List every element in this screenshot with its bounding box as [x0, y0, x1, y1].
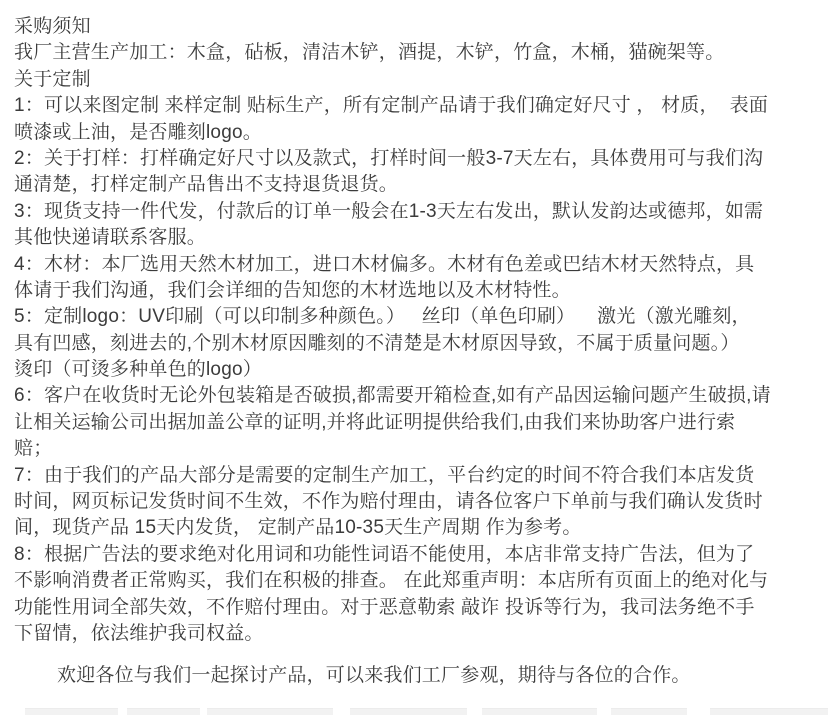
notice-line: 不影响消费者正常购买，我们在积极的排查。 在此郑重声明：本店所有页面上的绝对化与	[14, 568, 818, 594]
cutoff-thumbnail	[710, 708, 828, 715]
notice-line: 具有凹感，刻进去的,个别木材原因雕刻的不清楚是木材原因导致，不属于质量问题。）	[14, 331, 818, 357]
cutoff-thumbnail-strip	[0, 708, 828, 715]
notice-line: 下留情，依法维护我司权益。	[14, 621, 818, 647]
cutoff-thumbnail	[350, 708, 467, 715]
notice-line: 功能性用词全部失效，不作赔付理由。对于恶意勒索 敲诈 投诉等行为，我司法务绝不手	[14, 595, 818, 621]
notice-line: 喷漆或上油，是否雕刻logo。	[14, 120, 818, 146]
notice-line: 7：由于我们的产品大部分是需要的定制生产加工，平台约定的时间不符合我们本店发货	[14, 463, 818, 489]
notice-line: 5：定制logo：UV印刷（可以印制多种颜色。） 丝印（单色印刷） 激光（激光雕…	[14, 304, 818, 330]
cutoff-thumbnail	[207, 708, 333, 715]
cutoff-thumbnail	[611, 708, 687, 715]
notice-line: 通清楚，打样定制产品售出不支持退货退货。	[14, 172, 818, 198]
notice-line: 3：现货支持一件代发，付款后的订单一般会在1-3天左右发出，默认发韵达或德邦，如…	[14, 199, 818, 225]
cutoff-thumbnail	[127, 708, 200, 715]
notice-closing-line: 欢迎各位与我们一起探讨产品，可以来我们工厂参观，期待与各位的合作。	[14, 663, 818, 689]
cutoff-thumbnail	[25, 708, 118, 715]
notice-line: 让相关运输公司出据加盖公章的证明,并将此证明提供给我们,由我们来协助客户进行索	[14, 410, 818, 436]
notice-line: 赔；	[14, 436, 818, 462]
purchase-notice-document: 采购须知 我厂主营生产加工：木盒，砧板，清洁木铲，酒提，木铲，竹盒，木桶，猫碗架…	[0, 0, 828, 690]
notice-line: 我厂主营生产加工：木盒，砧板，清洁木铲，酒提，木铲，竹盒，木桶，猫碗架等。	[14, 40, 818, 66]
notice-line: 2：关于打样：打样确定好尺寸以及款式，打样时间一般3-7天左右，具体费用可与我们…	[14, 146, 818, 172]
notice-title: 采购须知	[14, 14, 818, 40]
notice-line: 6：客户在收货时无论外包装箱是否破损,都需要开箱检查,如有产品因运输问题产生破损…	[14, 383, 818, 409]
notice-line: 4：木材：本厂选用天然木材加工，进口木材偏多。木材有色差或巴结木材天然特点，具	[14, 252, 818, 278]
notice-section-heading: 关于定制	[14, 67, 818, 93]
notice-line: 烫印（可烫多种单色的logo）	[14, 357, 818, 383]
notice-line: 8：根据广告法的要求绝对化用词和功能性词语不能使用，本店非常支持广告法，但为了	[14, 542, 818, 568]
cutoff-thumbnail	[482, 708, 597, 715]
notice-line: 其他快递请联系客服。	[14, 225, 818, 251]
notice-line: 1：可以来图定制 来样定制 贴标生产，所有定制产品请于我们确定好尺寸 ， 材质，…	[14, 93, 818, 119]
notice-line: 时间，网页标记发货时间不生效，不作为赔付理由，请各位客户下单前与我们确认发货时	[14, 489, 818, 515]
notice-line: 间，现货产品 15天内发货， 定制产品10-35天生产周期 作为参考。	[14, 515, 818, 541]
notice-line: 体请于我们沟通，我们会详细的告知您的木材选地以及木材特性。	[14, 278, 818, 304]
